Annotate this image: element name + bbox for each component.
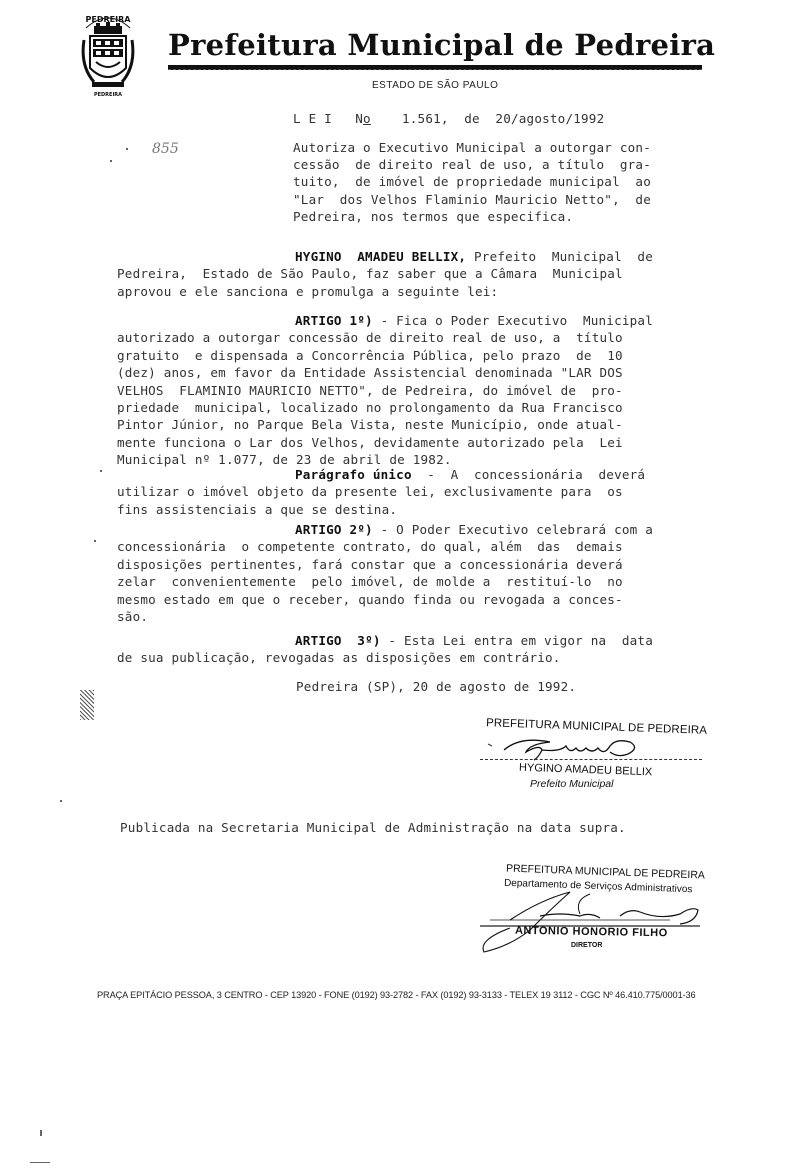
mayor-role: Prefeito Municipal — [530, 778, 613, 790]
paragraph-first-line: ARTIGO 2º) - O Poder Executivo celebrará… — [117, 521, 727, 538]
paragraph-line: fins assistenciais a que se destina. — [117, 501, 727, 518]
law-summary-line: Autoriza o Executivo Municipal a outorga… — [293, 139, 723, 156]
article-1: ARTIGO 1º) - Fica o Poder Executivo Muni… — [117, 312, 727, 469]
paragraph-heading: ARTIGO 2º) — [295, 522, 373, 537]
law-summary: Autoriza o Executivo Municipal a outorga… — [293, 139, 723, 225]
handwritten-marginal-note: 855 — [152, 141, 179, 157]
paragraph-heading: Parágrafo único — [295, 467, 412, 482]
paragraph-line: Pintor Júnior, no Parque Bela Vista, nes… — [117, 416, 727, 433]
paragraph-line: gratuito e dispensada a Concorrência Púb… — [117, 347, 727, 364]
mayor-signature-icon — [480, 728, 680, 768]
paragraph-line: utilizar o imóvel objeto da presente lei… — [117, 483, 727, 500]
paragraph-line: aprovou e ele sanciona e promulga a segu… — [117, 283, 727, 300]
paragraph-line: mesmo estado em que o receber, quando fi… — [117, 591, 727, 608]
letterhead-footer-address: PRAÇA EPITÁCIO PESSOA, 3 CENTRO - CEP 13… — [97, 990, 696, 1000]
paragraph-line: disposições pertinentes, fará constar qu… — [117, 556, 727, 573]
paragraph-heading: ARTIGO 3º) — [295, 633, 381, 648]
law-summary-line: "Lar dos Velhos Flaminio Mauricio Netto"… — [293, 191, 723, 208]
publication-note: Publicada na Secretaria Municipal de Adm… — [120, 820, 626, 835]
law-number-ordinal: o — [363, 111, 371, 126]
letterhead-state: ESTADO DE SÃO PAULO — [372, 80, 498, 91]
paragraph-line: VELHOS FLAMINIO MAURICIO NETTO", de Pedr… — [117, 382, 727, 399]
law-number: 1.561, — [402, 111, 449, 126]
director-signature-icon — [470, 890, 720, 960]
paragraph-first-line: ARTIGO 3º) - Esta Lei entra em vigor na … — [117, 632, 727, 649]
law-summary-line: cessão de direito real de uso, a título … — [293, 156, 723, 173]
paragraph-line: autorizado a outorgar concessão de direi… — [117, 329, 727, 346]
law-prefix: L E I N — [293, 111, 363, 126]
paragraph-line: Pedreira, Estado de São Paulo, faz saber… — [117, 265, 727, 282]
mayor-signature-line — [480, 759, 702, 761]
paragraph-first-line: ARTIGO 1º) - Fica o Poder Executivo Muni… — [117, 312, 727, 329]
paragraph-line: concessionária o competente contrato, do… — [117, 538, 727, 555]
paragraph-line: priedade municipal, localizado no prolon… — [117, 399, 727, 416]
law-date-label: de — [464, 111, 480, 126]
decree-paragraph: HYGINO AMADEU BELLIX, Prefeito Municipal… — [117, 248, 727, 300]
svg-text:PEDREIRA: PEDREIRA — [94, 92, 122, 98]
paragraph-text: - O Poder Executivo celebrará com a — [373, 522, 653, 537]
law-summary-line: Pedreira, nos termos que especifica. — [293, 208, 723, 225]
letterhead-rule — [168, 65, 702, 70]
law-summary-line: tuito, de imóvel de propriedade municipa… — [293, 173, 723, 190]
paragraph-text: - Fica o Poder Executivo Municipal — [373, 313, 653, 328]
place-and-date: Pedreira (SP), 20 de agosto de 1992. — [296, 679, 576, 694]
paragraph-text: Prefeito Municipal de — [466, 249, 653, 264]
paragraph-heading: HYGINO AMADEU BELLIX, — [295, 249, 466, 264]
paragraph-heading: ARTIGO 1º) — [295, 313, 373, 328]
article-2: ARTIGO 2º) - O Poder Executivo celebrará… — [117, 521, 727, 625]
law-number-line: L E I No 1.561, de 20/agosto/1992 — [293, 111, 604, 126]
paragraph-text: - Esta Lei entra em vigor na data — [381, 633, 653, 648]
municipal-crest-icon: PEDREIRA PEDREIRA — [80, 6, 136, 106]
paragraph-line: mente funciona o Lar dos Velhos, devidam… — [117, 434, 727, 451]
director-role: DIRETOR — [571, 942, 602, 949]
paragraph-first-line: Parágrafo único - A concessionária dever… — [117, 466, 727, 483]
paragraph-line: (dez) anos, em favor da Entidade Assiste… — [117, 364, 727, 381]
article-1-sole-paragraph: Parágrafo único - A concessionária dever… — [117, 466, 727, 518]
paragraph-text: - A concessionária deverá — [412, 467, 645, 482]
law-date: 20/agosto/1992 — [495, 111, 604, 126]
article-3: ARTIGO 3º) - Esta Lei entra em vigor na … — [117, 632, 727, 667]
paragraph-line: de sua publicação, revogadas as disposiç… — [117, 649, 727, 666]
paragraph-line: são. — [117, 608, 727, 625]
paragraph-line: zelar convenientemente pelo imóvel, de m… — [117, 573, 727, 590]
letterhead-title: Prefeitura Municipal de Pedreira — [168, 28, 715, 62]
paragraph-first-line: HYGINO AMADEU BELLIX, Prefeito Municipal… — [117, 248, 727, 265]
